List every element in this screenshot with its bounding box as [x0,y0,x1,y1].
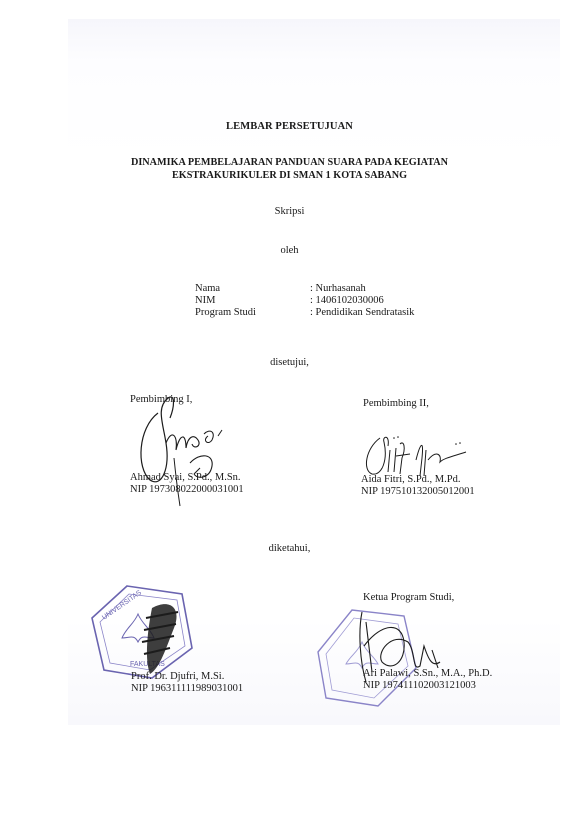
by-label: oleh [0,245,579,258]
supervisor-2-nip: NIP 197510132005012001 [361,486,475,499]
approved-label: disetujui, [0,357,579,370]
head-of-program-nip: NIP 197411102003121003 [363,680,476,693]
field-value-program: : Pendidikan Sendratasik [310,307,414,320]
supervisor-1-nip: NIP 197308022000031001 [130,484,244,497]
document-type: Skripsi [0,206,579,219]
head-of-program-name: Ari Palawi, S.Sn., M.A., Ph.D. [363,668,492,681]
thesis-title-line-1: DINAMIKA PEMBELAJARAN PANDUAN SUARA PADA… [0,156,579,169]
dean-nip: NIP 196311111989031001 [131,683,243,696]
page-title: LEMBAR PERSETUJUAN [0,121,579,132]
dean-name: Prof. Dr. Djufri, M.Si. [131,671,224,684]
field-label-program: Program Studi [195,307,256,320]
supervisor-2-role: Pembimbing II, [363,398,429,411]
field-value-name: : Nurhasanah [310,283,366,296]
signature-icon [360,430,470,480]
field-value-nim: : 1406102030006 [310,295,384,308]
field-label-name: Nama [195,283,220,296]
program-stamp-icon [312,602,462,714]
thesis-title-line-2: EKSTRAKURIKULER DI SMAN 1 KOTA SABANG [0,169,579,182]
field-label-nim: NIM [195,295,215,308]
supervisor-1-name: Ahmad Syai, S.Pd., M.Sn. [130,472,241,485]
acknowledged-label: diketahui, [0,543,579,556]
supervisor-2-name: Aida Fitri, S.Pd., M.Pd. [361,474,460,487]
